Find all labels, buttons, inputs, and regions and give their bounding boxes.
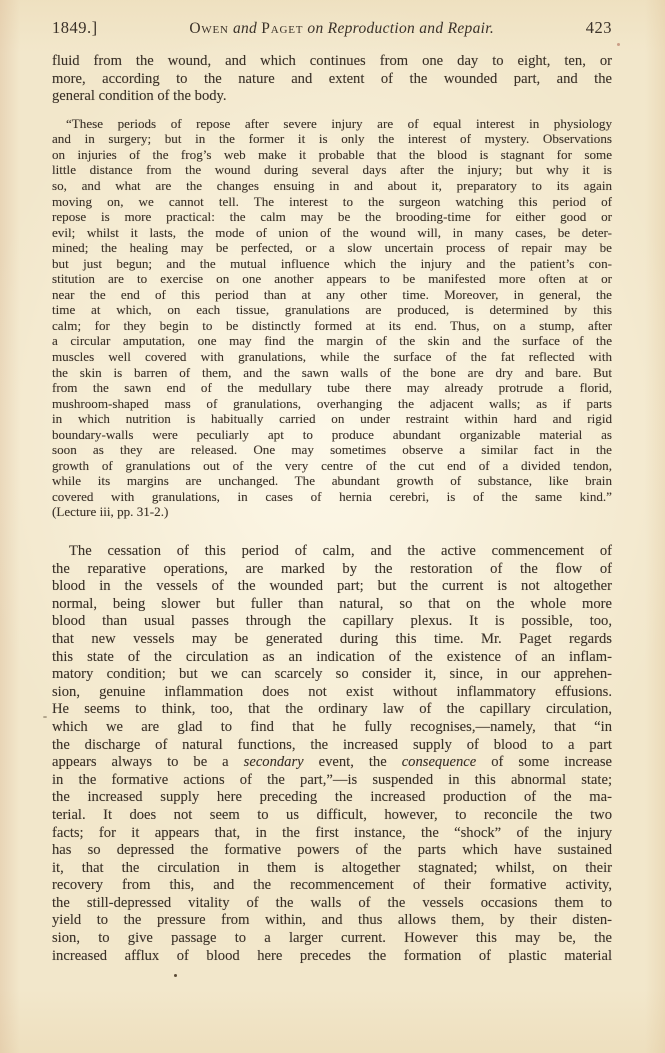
text-run: muscles well covered with granulations, …	[52, 349, 612, 364]
text-run: calm; for they begin to be distinctly fo…	[52, 318, 612, 333]
text-run: fluid from the wound, and which continue…	[52, 53, 612, 69]
text-line: appears always to be a secondary event, …	[52, 754, 612, 772]
text-run: covered with granulations, in cases of h…	[52, 489, 612, 504]
text-line: covered with granulations, in cases of h…	[52, 489, 612, 505]
text-line: sion, genuine inflammation does not exis…	[52, 684, 612, 702]
text-run: which we are glad to find that he fully …	[52, 719, 612, 735]
text-run: general condition of the body.	[52, 88, 227, 104]
text-line: has so depressed the formative powers of…	[52, 842, 612, 860]
text-line: and in surgery; but in the former it is …	[52, 131, 612, 147]
text-run: in the formative actions of the part,”—i…	[52, 772, 612, 788]
text-line: blood in the vessels of the wounded part…	[52, 578, 612, 596]
text-run: the reparative operations, are marked by…	[52, 561, 612, 577]
text-run: the skin is barren of them, and the sawn…	[52, 365, 612, 380]
text-run: blood than usual passes through the capi…	[52, 613, 612, 629]
book-page: 1849.] Owen and Paget on Reproduction an…	[0, 0, 665, 1053]
text-line: mined; the healing may be perfected, or …	[52, 240, 612, 256]
text-line: the discharge of natural functions, the …	[52, 737, 612, 755]
text-line: stitution are to exercise on one another…	[52, 271, 612, 287]
text-run: time at which, on each tissue, granulati…	[52, 302, 612, 317]
text-line: growth of granulations out of the very c…	[52, 458, 612, 474]
text-line: which we are glad to find that he fully …	[52, 719, 612, 737]
text-run: soon as they are released. One may somet…	[52, 442, 612, 457]
text-run: this state of the circulation as an indi…	[52, 649, 612, 665]
paragraph: fluid from the wound, and which continue…	[52, 53, 612, 106]
page-header: 1849.] Owen and Paget on Reproduction an…	[52, 18, 612, 40]
page-number: 423	[586, 18, 612, 38]
text-run: sion, genuine inflammation does not exis…	[52, 684, 612, 700]
text-line: boundary-walls were peculiarly apt to pr…	[52, 427, 612, 443]
text-run: moving on, we cannot tell. The interest …	[52, 194, 612, 209]
text-line: blood than usual passes through the capi…	[52, 613, 612, 631]
text-run: mushroom-shaped mass of granulations, ov…	[52, 396, 612, 411]
quote-block: “These periods of repose after severe in…	[52, 116, 612, 520]
text-run: sion, to give passage to a larger curren…	[52, 930, 612, 946]
text-line: from the sawn end of the medullary tube …	[52, 380, 612, 396]
text-line: general condition of the body.	[52, 88, 612, 106]
text-line: in the formative actions of the part,”—i…	[52, 772, 612, 790]
text-run: from the sawn end of the medullary tube …	[52, 380, 612, 395]
text-run: the increased supply here preceding the …	[52, 789, 612, 805]
text-run: has so depressed the formative powers of…	[52, 842, 612, 858]
text-run: mined; the healing may be perfected, or …	[52, 240, 612, 255]
text-line: (Lecture iii, pp. 31-2.)	[52, 504, 612, 520]
text-line: facts; for it appears that, in the first…	[52, 825, 612, 843]
text-line: the increased supply here preceding the …	[52, 789, 612, 807]
text-run: evil; whilst it lasts, the mode of union…	[52, 225, 612, 240]
text-run: the still-depressed vitality of the wall…	[52, 895, 612, 911]
text-run: more, according to the nature and extent…	[52, 71, 612, 87]
text-line: this state of the circulation as an indi…	[52, 649, 612, 667]
text-line: “These periods of repose after severe in…	[52, 116, 612, 132]
text-line: little distance from the wound during se…	[52, 162, 612, 178]
text-line: fluid from the wound, and which continue…	[52, 53, 612, 71]
text-run: He seems to think, too, that the ordinar…	[52, 701, 612, 717]
text-run: so, and what are the changes ensuing in …	[52, 178, 612, 193]
text-line: muscles well covered with granulations, …	[52, 349, 612, 365]
text-line: near the end of this period than at any …	[52, 287, 612, 303]
text-run: a circular amputation, one may find the …	[52, 333, 612, 348]
text-run: recovery from this, and the recommenceme…	[52, 877, 612, 893]
text-run: on injuries of the frog’s web make it pr…	[52, 147, 612, 162]
text-line: evil; whilst it lasts, the mode of union…	[52, 225, 612, 241]
title-run: and	[229, 20, 262, 37]
text-line: calm; for they begin to be distinctly fo…	[52, 318, 612, 334]
text-run: “These periods of repose after severe in…	[66, 116, 612, 131]
text-run: near the end of this period than at any …	[52, 287, 612, 302]
text-line: normal, being slower but fuller than nat…	[52, 596, 612, 614]
text-line: while its margins are unchanged. The abu…	[52, 473, 612, 489]
text-run: terial. It does not seem to us difficult…	[52, 807, 612, 823]
text-run: yield to the pressure from within, and t…	[52, 912, 612, 928]
text-run: and in surgery; but in the former it is …	[52, 131, 612, 146]
text-line: sion, to give passage to a larger curren…	[52, 930, 612, 948]
text-run: boundary-walls were peculiarly apt to pr…	[52, 427, 612, 442]
text-line: it, that the circulation in them is alto…	[52, 860, 612, 878]
italic-text-run: consequence	[402, 754, 477, 770]
text-line: but just begun; and the mutual influence…	[52, 256, 612, 272]
text-run: it, that the circulation in them is alto…	[52, 860, 612, 876]
text-run: growth of granulations out of the very c…	[52, 458, 612, 473]
text-line: on injuries of the frog’s web make it pr…	[52, 147, 612, 163]
text-run: in which nutrition is habitually carried…	[52, 411, 612, 426]
header-year: 1849.]	[52, 18, 98, 38]
text-line: so, and what are the changes ensuing in …	[52, 178, 612, 194]
text-run: repose is more practical: the calm may b…	[52, 209, 612, 224]
ink-speck	[174, 974, 177, 977]
title-run: Owen	[189, 20, 228, 37]
text-run: stitution are to exercise on one another…	[52, 271, 612, 286]
text-line: the still-depressed vitality of the wall…	[52, 895, 612, 913]
text-line: the skin is barren of them, and the sawn…	[52, 365, 612, 381]
text-line: moving on, we cannot tell. The interest …	[52, 194, 612, 210]
text-run: of some increase	[476, 754, 612, 770]
text-run: matory condition; but we can scarcely so…	[52, 666, 612, 682]
text-line: that new vessels may be generated during…	[52, 631, 612, 649]
text-line: increased afflux of blood here precedes …	[52, 948, 612, 966]
text-line: a circular amputation, one may find the …	[52, 333, 612, 349]
text-run: facts; for it appears that, in the first…	[52, 825, 612, 841]
text-run: (Lecture iii, pp. 31-2.)	[52, 504, 168, 519]
text-line: terial. It does not seem to us difficult…	[52, 807, 612, 825]
text-run: event, the	[304, 754, 402, 770]
text-run: normal, being slower but fuller than nat…	[52, 596, 612, 612]
text-line: the reparative operations, are marked by…	[52, 561, 612, 579]
text-line: matory condition; but we can scarcely so…	[52, 666, 612, 684]
paragraph: The cessation of this period of calm, an…	[52, 543, 612, 965]
text-run: the discharge of natural functions, the …	[52, 737, 612, 753]
text-line: mushroom-shaped mass of granulations, ov…	[52, 396, 612, 412]
text-line: repose is more practical: the calm may b…	[52, 209, 612, 225]
text-run: but just begun; and the mutual influence…	[52, 256, 612, 271]
running-title: Owen and Paget on Reproduction and Repai…	[189, 20, 494, 38]
text-line: The cessation of this period of calm, an…	[52, 543, 612, 561]
text-line: recovery from this, and the recommenceme…	[52, 877, 612, 895]
text-run: The cessation of this period of calm, an…	[69, 543, 612, 559]
text-line: more, according to the nature and extent…	[52, 71, 612, 89]
text-line: soon as they are released. One may somet…	[52, 442, 612, 458]
text-blocks: fluid from the wound, and which continue…	[52, 53, 612, 965]
italic-text-run: secondary	[244, 754, 304, 770]
text-line: yield to the pressure from within, and t…	[52, 912, 612, 930]
ink-speck	[617, 43, 620, 46]
text-run: increased afflux of blood here precedes …	[52, 948, 612, 964]
title-run: on Reproduction and Repair.	[303, 20, 494, 37]
text-run: while its margins are unchanged. The abu…	[52, 473, 612, 488]
ink-speck	[43, 716, 47, 718]
text-line: time at which, on each tissue, granulati…	[52, 302, 612, 318]
text-run: that new vessels may be generated during…	[52, 631, 612, 647]
text-run: little distance from the wound during se…	[52, 162, 612, 177]
text-line: in which nutrition is habitually carried…	[52, 411, 612, 427]
title-run: Paget	[261, 20, 303, 37]
text-run: blood in the vessels of the wounded part…	[52, 578, 612, 594]
text-line: He seems to think, too, that the ordinar…	[52, 701, 612, 719]
text-run: appears always to be a	[52, 754, 244, 770]
